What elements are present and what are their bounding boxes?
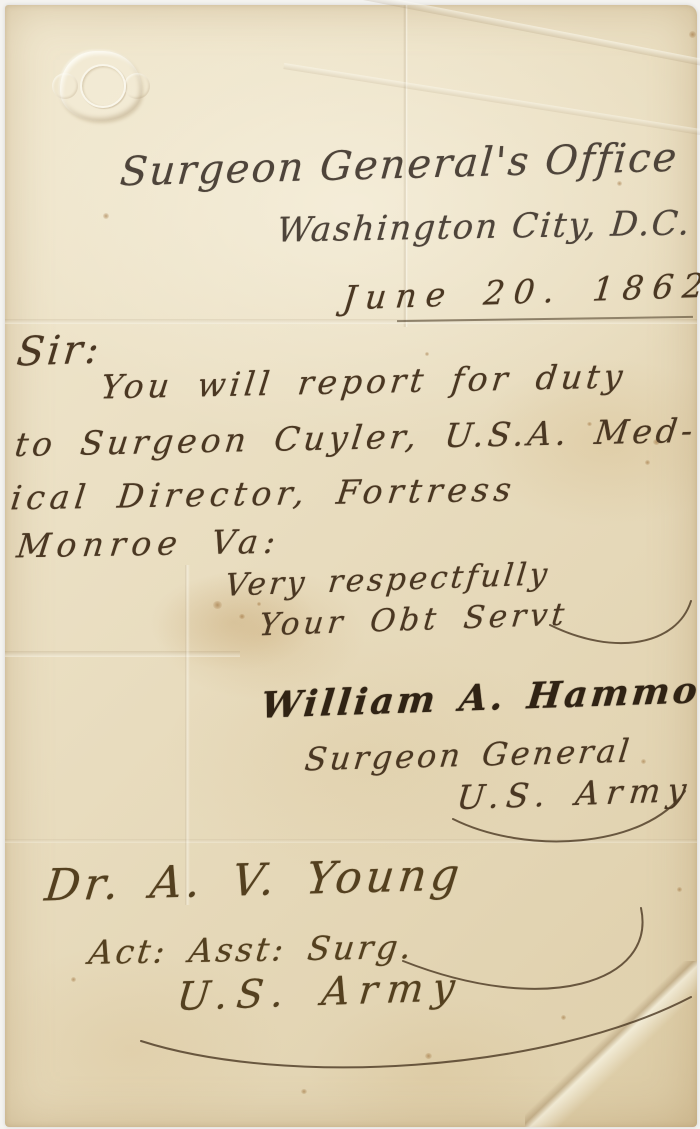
- scanned-letter-page: Surgeon General's Office Washington City…: [0, 0, 700, 1129]
- body-line: Monroe Va:: [15, 525, 283, 563]
- fold-crease: [5, 319, 697, 324]
- stain-spot: [301, 1089, 307, 1094]
- stain-spot: [71, 977, 76, 982]
- fold-crease: [5, 651, 240, 657]
- stain-spot: [103, 213, 109, 219]
- embossed-seal-icon: [60, 51, 142, 121]
- date-rule: [397, 316, 693, 322]
- addressee-name: Dr. A. V. Young: [43, 853, 466, 908]
- stain-spot: [425, 1053, 432, 1059]
- corner-fold-crease: [525, 961, 697, 1127]
- stain-spot: [257, 602, 261, 606]
- body-line: ical Director, Fortress: [9, 473, 518, 515]
- closing-line: Your Obt Servt: [257, 600, 569, 642]
- stain-spot: [239, 614, 245, 619]
- fold-crease: [185, 565, 190, 905]
- addressee-title: Act: Asst: Surg.: [87, 930, 416, 969]
- stain-spot: [641, 759, 646, 764]
- letter-paper: Surgeon General's Office Washington City…: [5, 5, 697, 1127]
- signature-title: Surgeon General: [303, 735, 633, 776]
- closing-line: Very respectfully: [223, 559, 551, 601]
- salutation: Sir:: [15, 329, 104, 372]
- stain-spot: [561, 1015, 566, 1020]
- letterhead-office: Surgeon General's Office: [119, 138, 680, 193]
- body-line: to Surgeon Cuyler, U.S.A. Med-: [13, 414, 698, 461]
- stain-spot: [645, 460, 650, 465]
- signature-name: William A. Hammond: [259, 670, 700, 723]
- signature-org: U.S. Army: [455, 773, 695, 814]
- body-line: You will report for duty: [99, 359, 628, 403]
- stain-spot: [689, 31, 696, 38]
- fold-crease: [297, 0, 700, 77]
- fold-crease: [283, 63, 700, 141]
- stain-spot: [425, 352, 429, 356]
- fold-crease: [5, 839, 697, 843]
- date-line: June 20. 1862: [341, 268, 700, 314]
- addressee-org: U.S. Army: [175, 968, 466, 1017]
- stain-spot: [677, 887, 682, 892]
- letterhead-city: Washington City, D.C.: [276, 206, 693, 247]
- stain-spot: [213, 601, 222, 609]
- embossed-seal-inner-ring-icon: [80, 64, 126, 108]
